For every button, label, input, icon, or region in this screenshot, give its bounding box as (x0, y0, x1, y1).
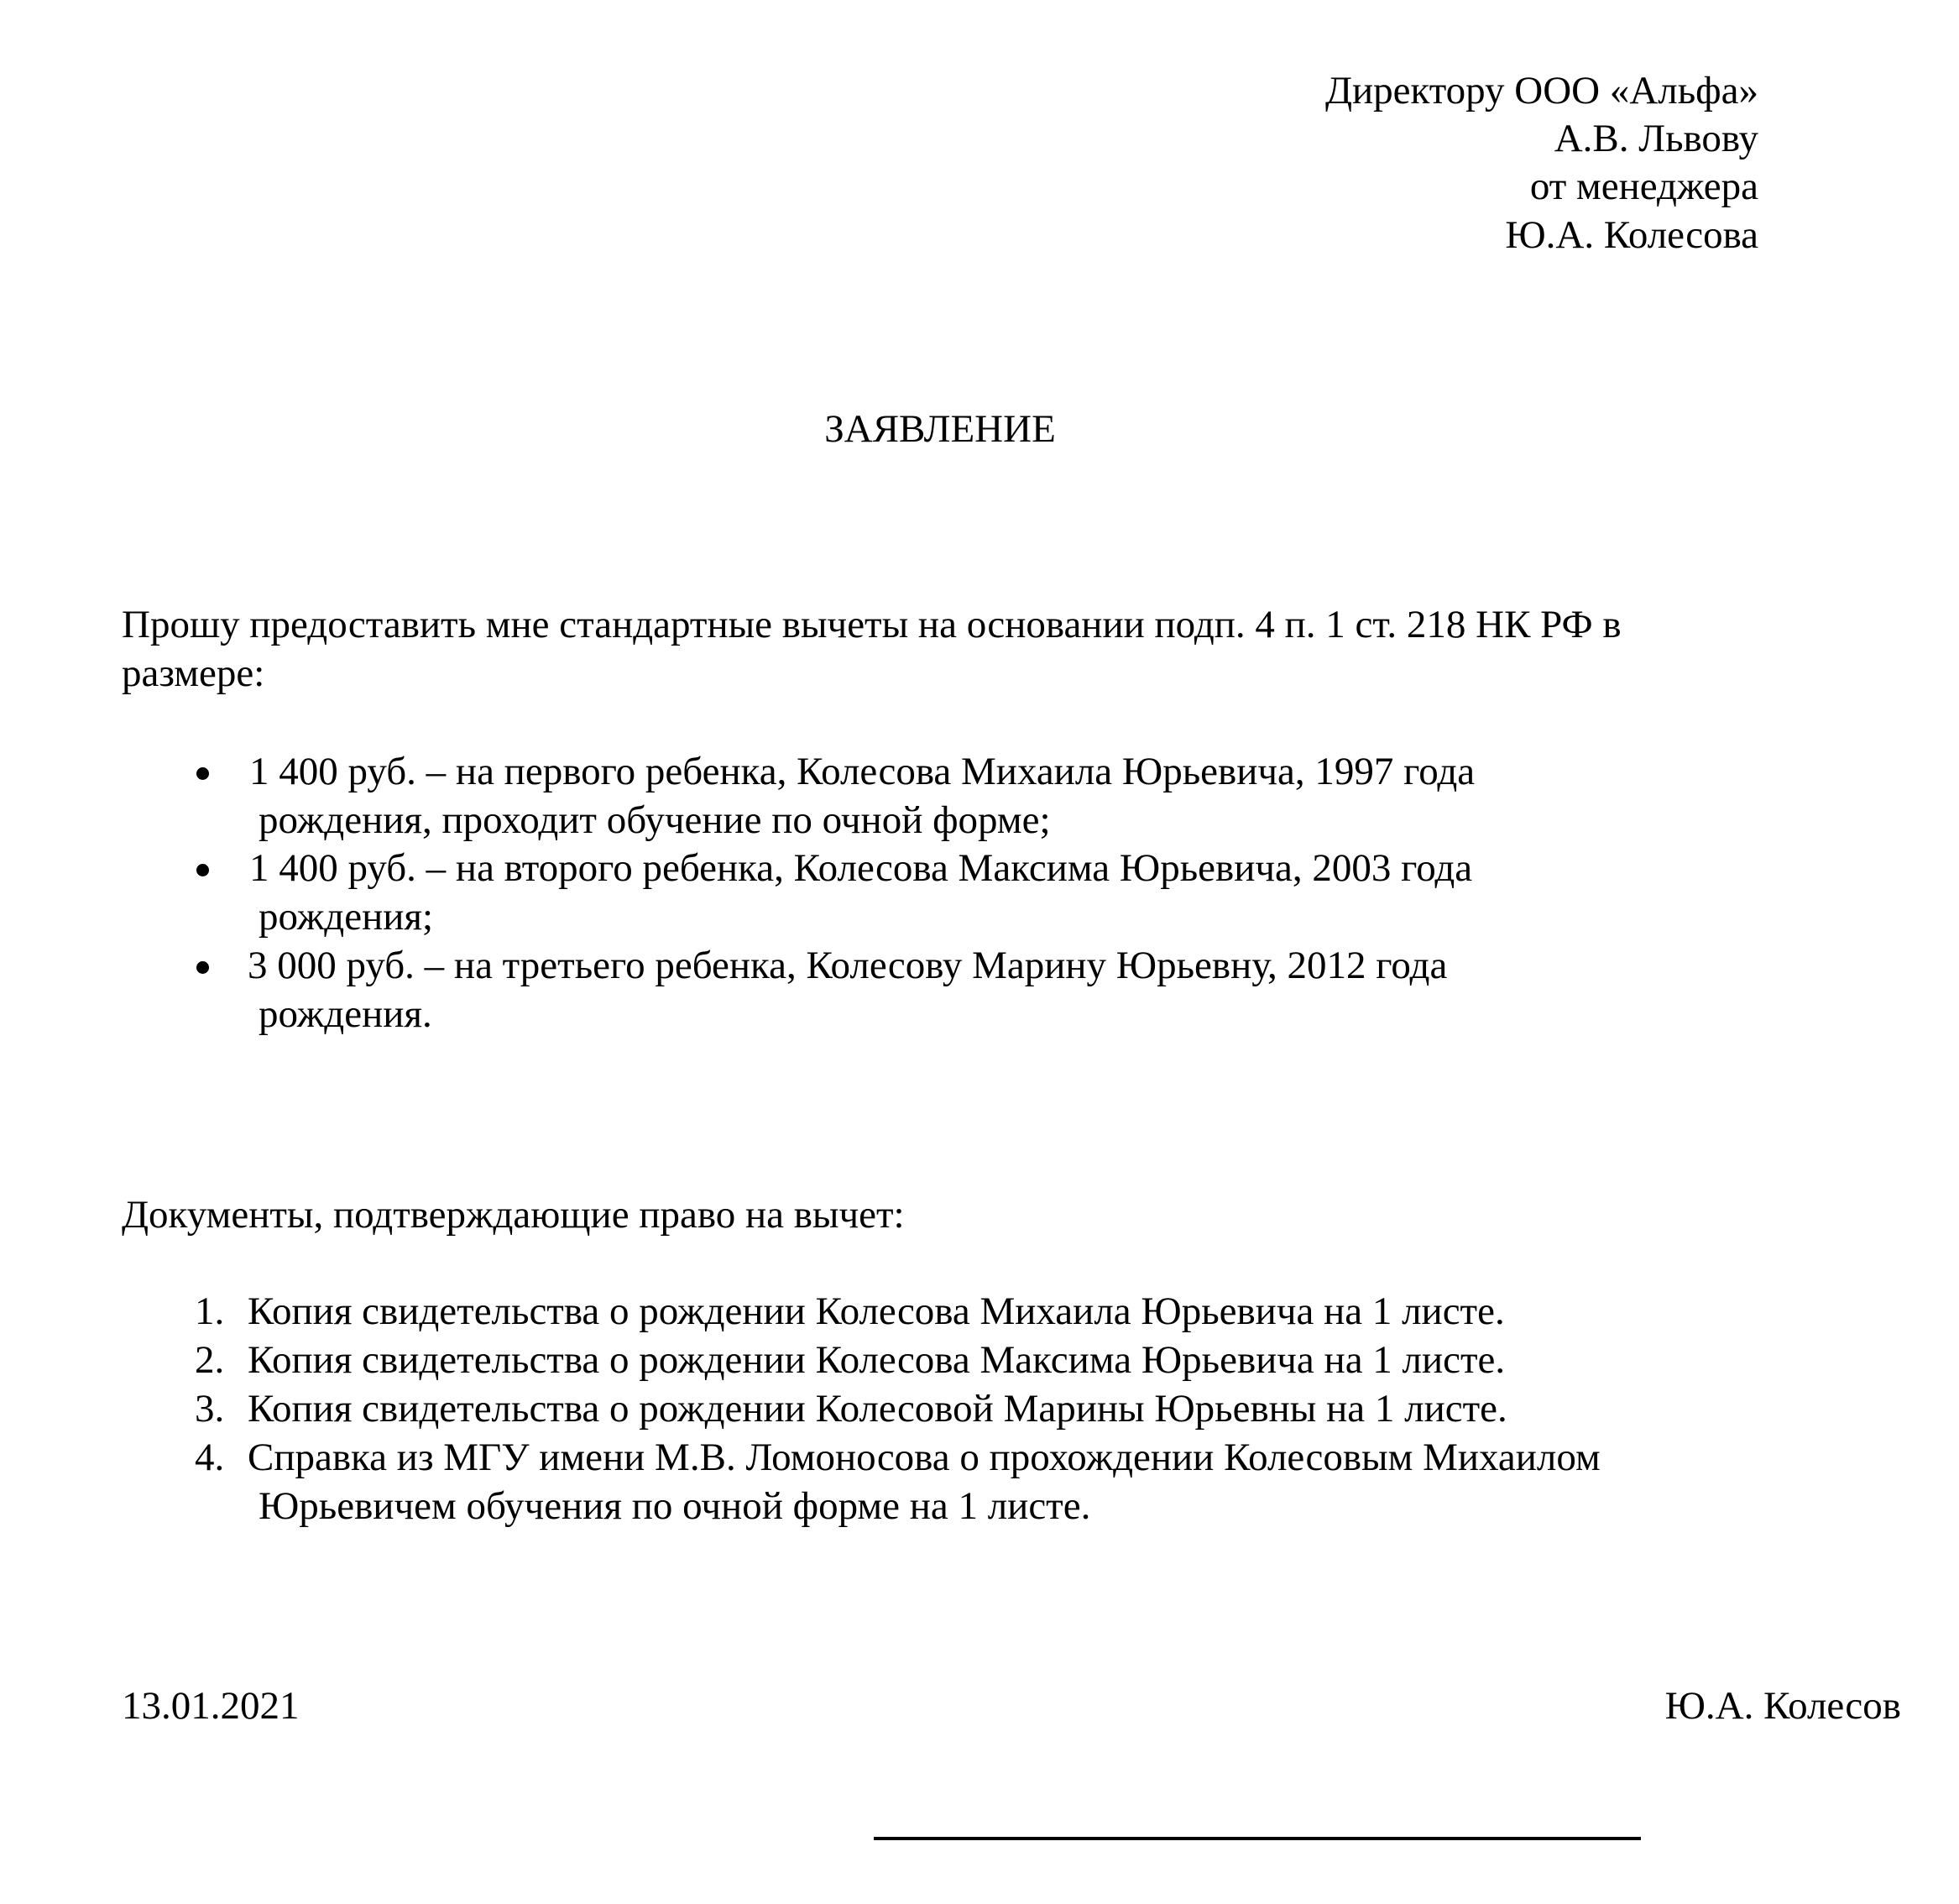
deduction-item-1: 1 400 руб. – на первого ребенка, Колесов… (249, 747, 1475, 796)
document-title: ЗАЯВЛЕНИЕ (0, 405, 1880, 453)
deduction-item-3: 3 000 руб. – на третьего ребенка, Колесо… (248, 941, 1447, 990)
deduction-item-2-cont: рождения; (259, 892, 433, 941)
document-item-3: Копия свидетельства о рождении Колесовой… (248, 1384, 1507, 1433)
request-line-2: размере: (122, 649, 264, 698)
document-item-4: Справка из МГУ имени М.В. Ломоносова о п… (248, 1433, 1601, 1482)
document-number-3: 3. (195, 1384, 224, 1433)
bullet-icon (196, 767, 209, 780)
addressee-line-2: А.В. Львову (1554, 114, 1758, 163)
document-number-2: 2. (195, 1336, 224, 1384)
bullet-icon (196, 961, 209, 974)
deduction-item-3-cont: рождения. (259, 990, 432, 1038)
signatory-name: Ю.А. Колесов (1665, 1682, 1901, 1730)
addressee-line-4: Ю.А. Колесова (1505, 211, 1758, 259)
addressee-line-1: Директору ООО «Альфа» (1325, 66, 1758, 115)
deduction-item-1-cont: рождения, проходит обучение по очной фор… (259, 796, 1051, 845)
deduction-item-2: 1 400 руб. – на второго ребенка, Колесов… (249, 844, 1472, 892)
application-date: 13.01.2021 (122, 1682, 300, 1730)
document-item-4-cont: Юрьевичем обучения по очной форме на 1 л… (259, 1482, 1090, 1530)
signature-line (874, 1837, 1641, 1840)
documents-heading: Документы, подтверждающие право на вычет… (122, 1190, 905, 1239)
document-number-4: 4. (195, 1433, 224, 1482)
request-line-1: Прошу предоставить мне стандартные вычет… (122, 600, 1622, 649)
addressee-line-3: от менеджера (1530, 162, 1758, 211)
document-number-1: 1. (195, 1287, 224, 1336)
document-item-1: Копия свидетельства о рождении Колесова … (248, 1287, 1505, 1336)
bullet-icon (196, 864, 209, 876)
document-item-2: Копия свидетельства о рождении Колесова … (248, 1336, 1505, 1384)
